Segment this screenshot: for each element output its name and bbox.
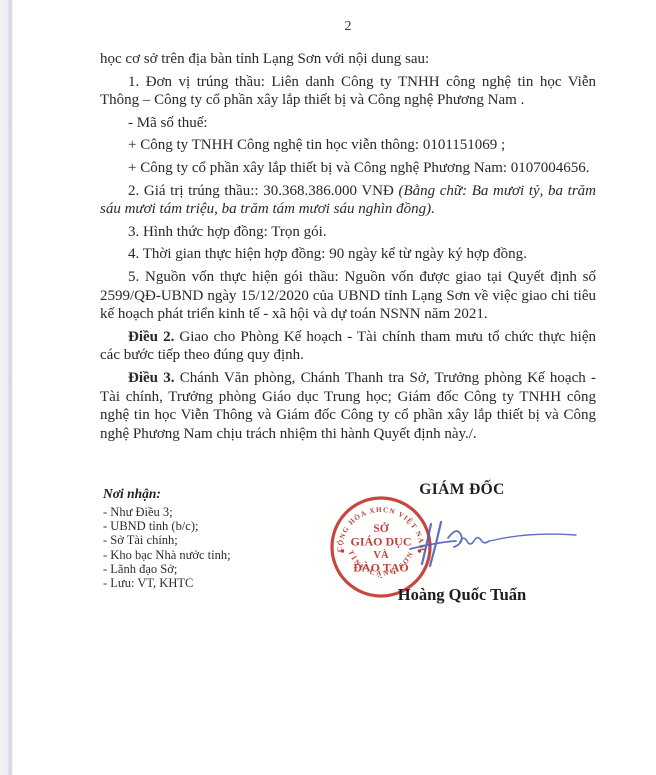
paragraph: 2. Giá trị trúng thầu:: 30.368.386.000 V… <box>100 182 596 219</box>
seal-center-line1: SỞ <box>373 521 389 535</box>
paragraph-segment: Điều 2. <box>128 329 174 345</box>
paragraph-segment: 4. Thời gian thực hiện hợp đồng: 90 ngày… <box>128 246 527 262</box>
paragraph: Điều 3. Chánh Văn phòng, Chánh Thanh tra… <box>100 369 596 443</box>
signature-stroke <box>490 534 576 541</box>
signature-stroke <box>410 541 456 549</box>
paragraph: 3. Hình thức hợp đồng: Trọn gói. <box>100 223 596 242</box>
page-sheet: 2 học cơ sở trên địa bàn tỉnh Lạng Sơn v… <box>0 0 656 775</box>
paragraph-segment: 1. Đơn vị trúng thầu: Liên danh Công ty … <box>100 74 596 109</box>
paragraph: 1. Đơn vị trúng thầu: Liên danh Công ty … <box>100 73 596 110</box>
paragraph-segment: + Công ty TNHH Công nghệ tin học viễn th… <box>128 137 505 153</box>
paragraph-segment: 2. Giá trị trúng thầu:: 30.368.386.000 V… <box>128 183 398 199</box>
paragraph-segment: Giao cho Phòng Kế hoạch - Tài chính tham… <box>100 329 596 364</box>
seal-center-line3: VÀ <box>373 549 389 561</box>
paragraph: 4. Thời gian thực hiện hợp đồng: 90 ngày… <box>100 245 596 264</box>
paragraph: 5. Nguồn vốn thực hiện gói thầu: Nguồn v… <box>100 268 596 324</box>
recipient-item: - Lãnh đạo Sở; <box>103 562 323 576</box>
handwritten-signature <box>398 514 588 576</box>
paragraph-segment: - Mã số thuế: <box>128 115 208 131</box>
paragraph-segment: Chánh Văn phòng, Chánh Thanh tra Sở, Trư… <box>100 370 596 442</box>
signature-stroke <box>460 538 489 544</box>
recipient-item: - Kho bạc Nhà nước tỉnh; <box>103 548 323 562</box>
document-body: học cơ sở trên địa bàn tỉnh Lạng Sơn với… <box>100 50 596 447</box>
paragraph-segment: 5. Nguồn vốn thực hiện gói thầu: Nguồn v… <box>100 269 596 322</box>
paragraph: - Mã số thuế: <box>100 114 596 133</box>
recipient-item: - Như Điều 3; <box>103 505 323 519</box>
signer-name: Hoàng Quốc Tuấn <box>330 585 594 605</box>
paragraph: + Công ty cổ phần xây lắp thiết bị và Cô… <box>100 159 596 178</box>
paragraph: + Công ty TNHH Công nghệ tin học viễn th… <box>100 136 596 155</box>
page-number: 2 <box>100 19 596 35</box>
seal-left-dot <box>341 549 344 552</box>
recipients-heading: Nơi nhận: <box>103 486 323 502</box>
paragraph-segment: học cơ sở trên địa bàn tỉnh Lạng Sơn với… <box>100 51 429 67</box>
paragraph: Điều 2. Giao cho Phòng Kế hoạch - Tài ch… <box>100 328 596 365</box>
paragraph-segment: 3. Hình thức hợp đồng: Trọn gói. <box>128 224 327 240</box>
signature-stroke <box>448 531 462 547</box>
recipient-item: - Sở Tài chính; <box>103 533 323 547</box>
seal-center-dash: - <box>380 573 383 582</box>
recipient-item: - UBND tỉnh (b/c); <box>103 519 323 533</box>
recipients-block: Nơi nhận: - Như Điều 3;- UBND tỉnh (b/c)… <box>103 486 323 590</box>
recipient-item: - Lưu: VT, KHTC <box>103 576 323 590</box>
paragraph-segment: + Công ty cổ phần xây lắp thiết bị và Cô… <box>128 160 590 176</box>
recipients-list: - Như Điều 3;- UBND tỉnh (b/c);- Sở Tài … <box>103 505 323 590</box>
paragraph: học cơ sở trên địa bàn tỉnh Lạng Sơn với… <box>100 50 596 69</box>
scan-edge <box>0 0 13 775</box>
paragraph-segment: Điều 3. <box>128 370 175 386</box>
